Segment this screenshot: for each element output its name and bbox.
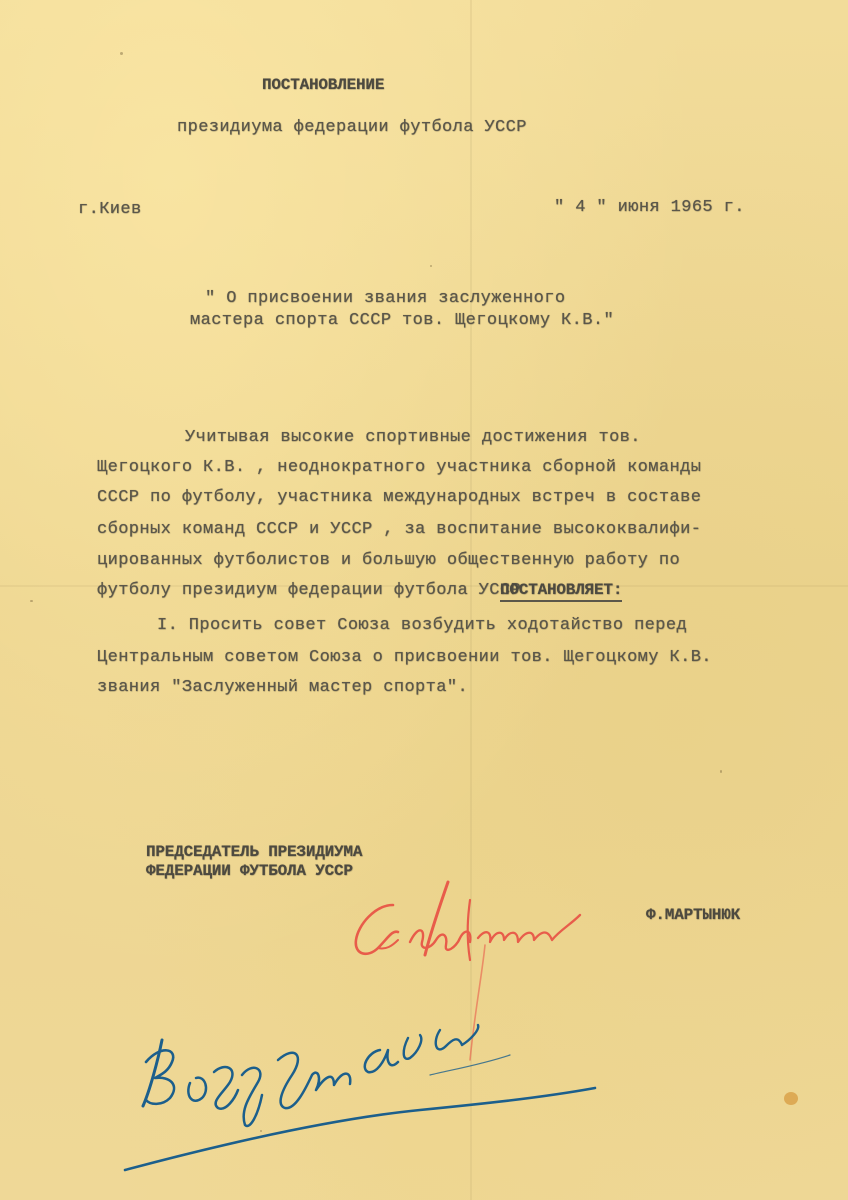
signer-name: Ф.МАРТЫНЮК	[646, 906, 740, 924]
paper-speck	[260, 1130, 262, 1132]
document-title: ПОСТАНОВЛЕНИЕ	[262, 76, 384, 94]
subject-line: " О присвоении звания заслуженного	[205, 289, 565, 308]
resolve-word: ПОСТАНОВЛЯЕТ:	[500, 581, 622, 602]
resolution-line: звания "Заслуженный мастер спорта".	[97, 678, 468, 697]
paper-speck	[720, 770, 722, 773]
body-line: футболу президиум федерации футбола УССР	[97, 581, 521, 600]
body-line: Щегоцкого К.В. , неоднократного участник…	[97, 458, 701, 477]
paper-stain	[784, 1092, 798, 1105]
body-line: сборных команд СССР и УССР , за воспитан…	[97, 520, 701, 539]
body-line: Учитывая высокие спортивные достижения т…	[185, 428, 641, 447]
signer-position: ФЕДЕРАЦИИ ФУТБОЛА УССР	[146, 862, 353, 880]
red-pencil-signature	[0, 0, 848, 1200]
blue-handwritten-annotation	[0, 0, 848, 1200]
resolution-line: Центральным советом Союза о присвоении т…	[97, 648, 712, 667]
paper-speck	[430, 265, 432, 267]
resolution-line: I. Просить совет Союза возбудить ходотай…	[157, 616, 687, 635]
body-line: цированных футболистов и большую обществ…	[97, 551, 680, 570]
paper-speck	[30, 600, 33, 602]
subject-line: мастера спорта СССР тов. Щегоцкому К.В."	[190, 311, 614, 330]
body-line: СССР по футболу, участника международных…	[97, 488, 701, 507]
paper-speck	[120, 52, 123, 55]
paper-fold-vertical	[470, 0, 472, 1200]
document-date: " 4 " июня 1965 г.	[554, 198, 745, 217]
document-city: г.Киев	[78, 200, 142, 219]
signer-position: ПРЕДСЕДАТЕЛЬ ПРЕЗИДИУМА	[146, 843, 362, 861]
document-subtitle: президиума федерации футбола УССР	[177, 118, 527, 137]
